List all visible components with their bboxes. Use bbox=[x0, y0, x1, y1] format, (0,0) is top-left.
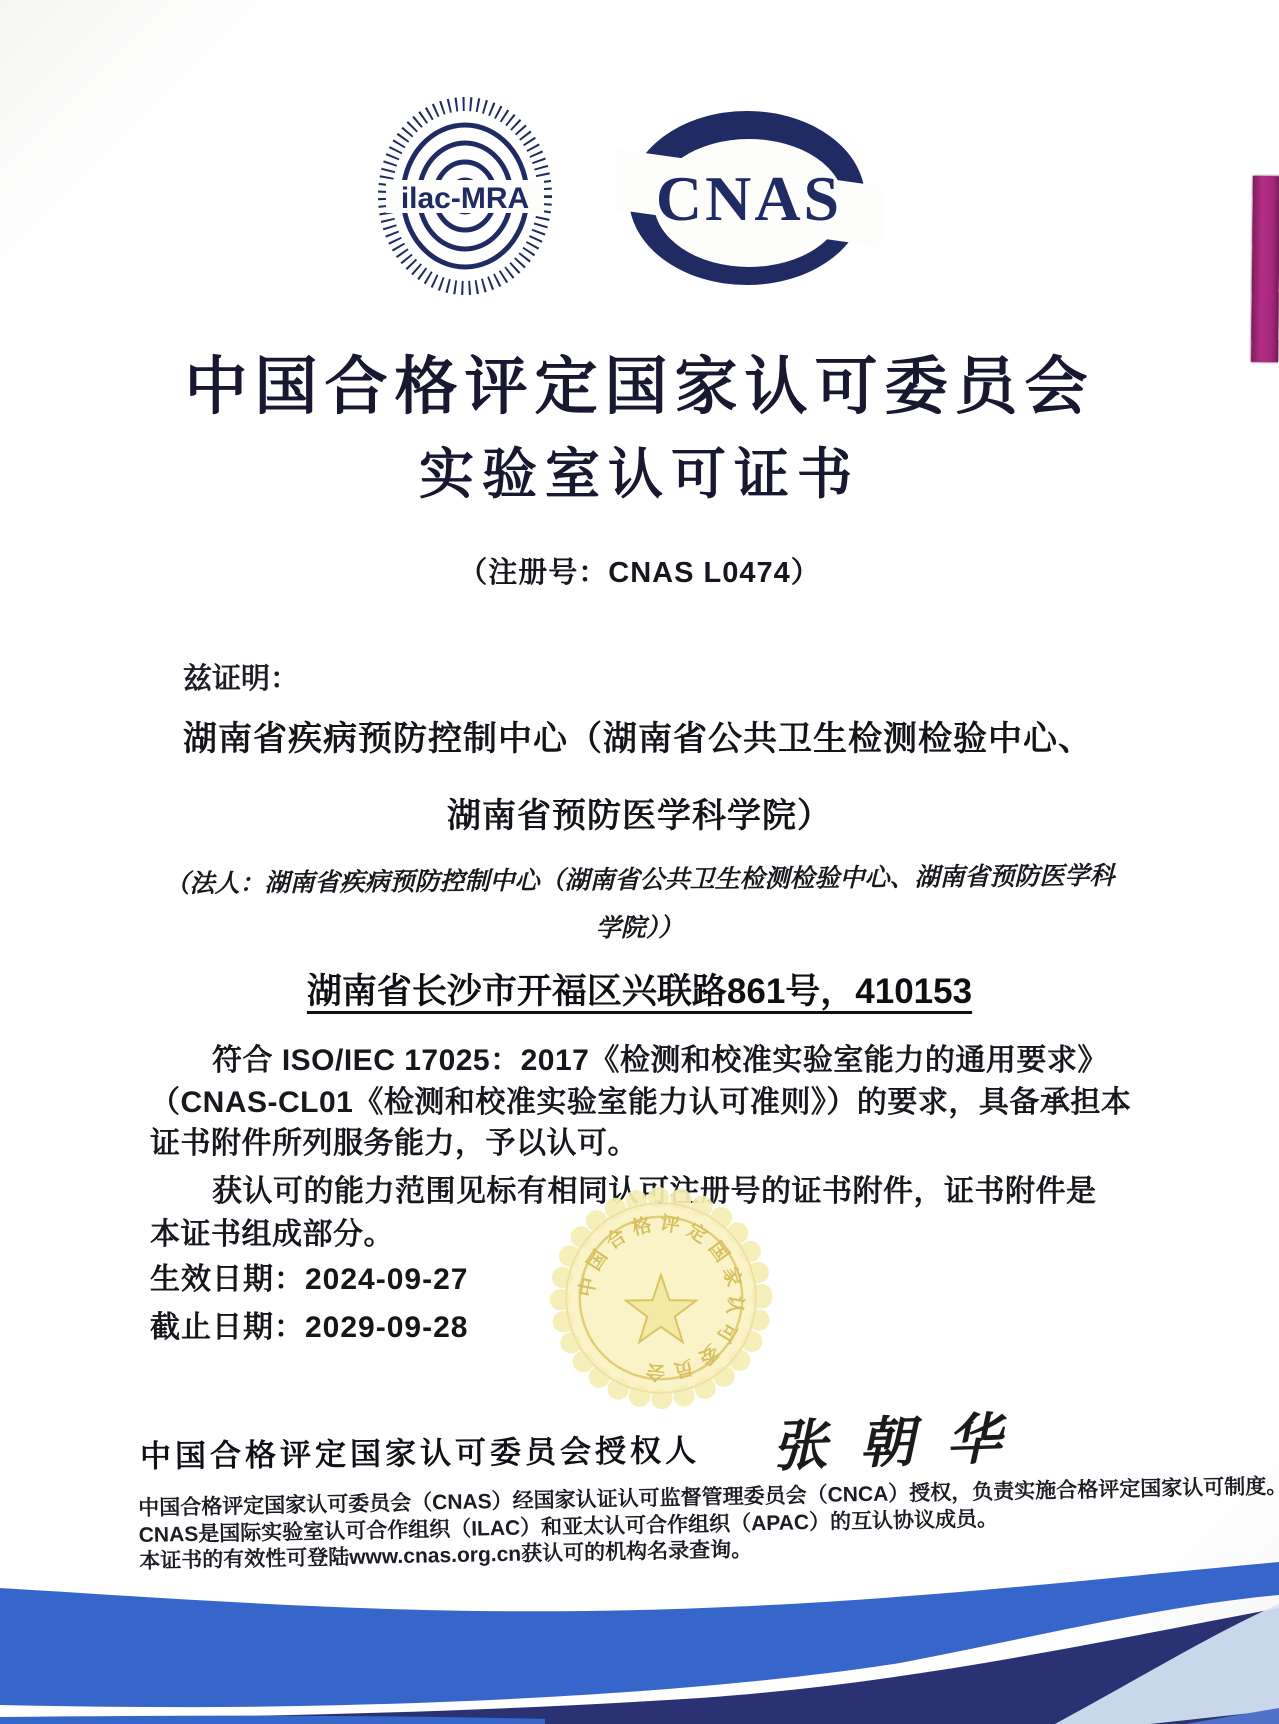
address-line: 湖南省长沙市开福区兴联路861号，410153 bbox=[0, 964, 1279, 1014]
cnas-label: CNAS bbox=[656, 163, 842, 234]
organization-name-line1: 湖南省疾病预防控制中心（湖南省公共卫生检测检验中心、 bbox=[183, 711, 1093, 760]
organization-name-line2: 湖南省预防医学科学院） bbox=[0, 788, 1279, 837]
certificate-page: ilac-MRA CNAS 中国合格评定国家认可委员会 实验室认可证书 （注册号… bbox=[0, 0, 1279, 1724]
ilac-mra-label: ilac-MRA bbox=[401, 182, 529, 215]
requirement-paragraph-line3: 证书附件所列服务能力，予以认可。 bbox=[150, 1118, 1140, 1162]
authorizer-label: 中国合格评定国家认可委员会授权人 bbox=[140, 1425, 700, 1476]
authorizer-signature: 张朝华 bbox=[771, 1393, 1035, 1481]
legal-person-line2: 学院）） bbox=[0, 902, 1279, 949]
expiry-date: 截止日期：2029-09-28 bbox=[150, 1302, 468, 1346]
certificate-type: 实验室认可证书 bbox=[0, 430, 1279, 509]
certify-label: 兹证明： bbox=[183, 656, 299, 697]
ilac-mra-logo-icon: ilac-MRA bbox=[378, 96, 553, 296]
cnas-logo-icon: CNAS bbox=[616, 106, 882, 290]
registration-number: （注册号：CNAS L0474） bbox=[0, 550, 1279, 591]
page-title: 中国合格评定国家认可委员会 bbox=[0, 336, 1279, 427]
requirement-paragraph-line2: （CNAS-CL01《检测和校准实验室能力认可准则》）的要求，具备承担本 bbox=[150, 1077, 1140, 1121]
bottom-wave-graphic bbox=[0, 1560, 1279, 1724]
magenta-strip bbox=[1251, 176, 1279, 362]
legal-person-line1: （法人：湖南省疾病预防控制中心（湖南省公共卫生检测检验中心、湖南省预防医学科 bbox=[0, 854, 1279, 901]
requirement-paragraph-line1: 符合 ISO/IEC 17025：2017《检测和校准实验室能力的通用要求》 bbox=[150, 1035, 1202, 1079]
official-seal-icon: 中国合格评定国家认可委员会 bbox=[545, 1182, 777, 1414]
effective-date: 生效日期：2024-09-27 bbox=[150, 1254, 468, 1298]
